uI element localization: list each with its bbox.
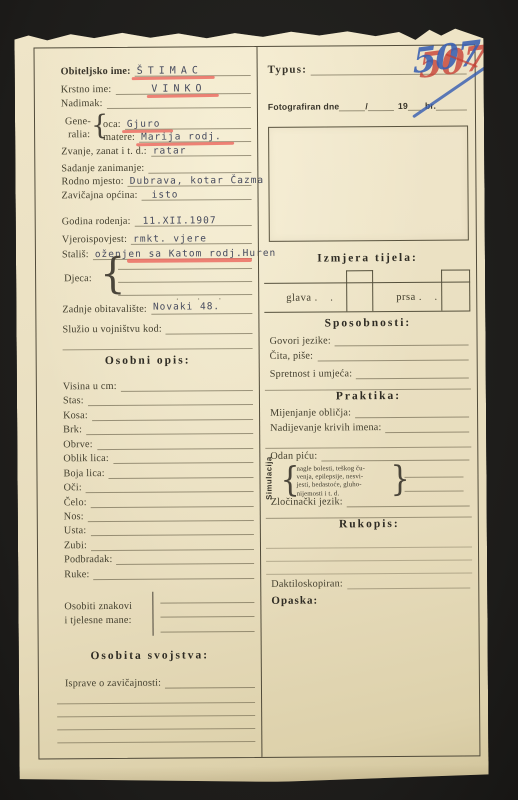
measurement-cell-chest bbox=[441, 269, 470, 310]
field-label: Podbradak: bbox=[64, 554, 116, 566]
blank-write-line bbox=[266, 559, 472, 561]
marks-label-line2: i tjelesne mane: bbox=[64, 615, 135, 627]
field-label: Ruke: bbox=[64, 569, 93, 580]
field-label: Zadnje obitavalište: bbox=[62, 303, 151, 315]
field-photographed-date: Fotografiran dne / 19 br. bbox=[268, 94, 467, 111]
field-mouth: Usta: bbox=[64, 520, 254, 536]
number-prefix: br. bbox=[421, 101, 436, 111]
blank-write-line bbox=[57, 741, 255, 743]
write-line bbox=[386, 431, 470, 433]
abilities-heading: Sposobnosti: bbox=[259, 316, 476, 330]
remark-label: Opaska: bbox=[271, 595, 318, 607]
write-line bbox=[94, 578, 255, 580]
form-frame: Obiteljsko ime: ŠTIMAC Krstno ime: VINKO… bbox=[33, 44, 480, 759]
photo-box bbox=[268, 125, 469, 241]
write-line bbox=[368, 95, 394, 111]
field-documents: Isprave o zavičajnosti: bbox=[65, 673, 255, 689]
marks-line-3 bbox=[160, 617, 254, 633]
field-label: Nadijevanje krivih imena: bbox=[270, 422, 385, 434]
field-typus: Typus: bbox=[268, 58, 467, 75]
field-eyes: Oči: bbox=[64, 477, 254, 493]
field-reads-writes: Čita, piše: bbox=[270, 344, 469, 361]
marks-label-line1: Osobiti znakovi bbox=[64, 601, 136, 613]
field-nickname: Nadimak: bbox=[61, 93, 251, 109]
marks-line-2 bbox=[160, 602, 254, 618]
write-line: Novaki 48. bbox=[151, 302, 252, 315]
scanned-form-paper: 507 507 Obiteljsko ime: ŠTIMAC Krstno im… bbox=[14, 27, 488, 783]
field-label: Čita, piše: bbox=[270, 350, 318, 362]
write-line: 11.XII.1907 bbox=[135, 214, 252, 227]
field-label: Brk: bbox=[63, 424, 86, 435]
blank-write-line bbox=[266, 546, 472, 548]
write-line bbox=[408, 95, 421, 111]
write-line bbox=[356, 377, 469, 379]
field-family-name: Obiteljsko ime: ŠTIMAC bbox=[61, 61, 251, 77]
field-label: Zvanje, zanat i t. d.: bbox=[61, 145, 151, 157]
field-label: Usta: bbox=[64, 525, 91, 536]
head-measure-label: glava . . bbox=[286, 292, 333, 303]
field-drink: Odan piću: bbox=[270, 444, 469, 461]
children-label: Djeca: bbox=[64, 273, 96, 284]
typed-last-residence: Novaki 48. bbox=[153, 301, 220, 312]
field-label: Zavičajna općina: bbox=[61, 190, 141, 202]
write-line bbox=[347, 505, 470, 507]
field-mustache: Brk: bbox=[63, 419, 253, 435]
special-traits-heading: Osobita svojstva: bbox=[39, 649, 261, 663]
right-column: Typus: Fotografiran dne / 19 br. Izmjera… bbox=[256, 45, 479, 757]
field-religion: Vjeroispovjest: rmkt. vjere bbox=[62, 229, 252, 245]
field-chin: Podbradak: bbox=[64, 549, 254, 565]
write-line bbox=[161, 631, 255, 633]
write-line bbox=[311, 73, 467, 75]
body-measurement-table: glava . . prsa . . bbox=[264, 281, 470, 312]
field-label: Daktiloskopiran: bbox=[271, 578, 347, 590]
field-label: Spretnost i umjeća: bbox=[270, 368, 357, 380]
body-measurement-heading: Izmjera tijela: bbox=[259, 251, 476, 265]
field-hands: Ruke: bbox=[64, 564, 254, 580]
field-label: Oblik lica: bbox=[63, 453, 113, 465]
field-label: Nadimak: bbox=[61, 98, 107, 110]
year-prefix: 19 bbox=[394, 101, 408, 111]
write-line bbox=[436, 109, 467, 110]
field-label: Fotografiran dne bbox=[268, 102, 340, 112]
field-label: Vjeroispovjest: bbox=[62, 234, 131, 246]
field-municipality: Zavičajna općina: isto bbox=[61, 185, 251, 201]
field-label: Zločinački jezik: bbox=[271, 496, 347, 508]
write-line bbox=[165, 687, 255, 689]
typed-religion: rmkt. vjere bbox=[133, 233, 207, 245]
typed-occupation: ratar bbox=[153, 145, 187, 156]
field-last-residence: Zadnje obitavalište: Novaki 48. bbox=[62, 299, 252, 315]
field-label: Obiteljsko ime: bbox=[61, 66, 135, 78]
photographed-document-scene: { "handwritten": { "number_blue": "507",… bbox=[0, 0, 518, 800]
field-false-names: Nadijevanje krivih imena: bbox=[270, 416, 469, 433]
write-line: rmkt. vjere bbox=[131, 232, 252, 245]
field-label: Stališ: bbox=[62, 249, 93, 260]
field-criminal-language: Zločinački jezik: bbox=[271, 490, 470, 507]
field-fingerprinted: Daktiloskopiran: bbox=[271, 572, 470, 589]
left-column: Obiteljsko ime: ŠTIMAC Krstno ime: VINKO… bbox=[35, 47, 262, 759]
field-face-shape: Oblik lica: bbox=[63, 448, 253, 464]
typed-birthdate: 11.XII.1907 bbox=[143, 215, 217, 227]
write-line bbox=[347, 587, 470, 589]
field-label: Godina rodenja: bbox=[62, 216, 135, 228]
field-label: Typus: bbox=[268, 63, 311, 75]
blank-write-line bbox=[57, 728, 255, 730]
measurement-cell-head bbox=[346, 270, 373, 311]
write-line bbox=[317, 359, 468, 361]
write-line: ŠTIMAC bbox=[135, 64, 251, 77]
field-skills: Spretnost i umjeća: bbox=[270, 362, 469, 379]
field-birthdate: Godina rodenja: 11.XII.1907 bbox=[62, 211, 252, 227]
blank-write-line bbox=[405, 477, 464, 478]
field-occupation: Zvanje, zanat i t. d.: ratar bbox=[61, 141, 251, 157]
marks-bracket-bar bbox=[152, 592, 153, 636]
field-label: Služio u vojništvu kod: bbox=[62, 323, 165, 335]
handwriting-heading: Rukopis: bbox=[261, 517, 478, 531]
field-label: Stas: bbox=[63, 395, 88, 406]
blank-write-line bbox=[57, 715, 255, 717]
field-military-service: Služio u vojništvu kod: bbox=[62, 319, 252, 335]
write-line bbox=[339, 95, 365, 111]
write-line: ratar bbox=[151, 144, 251, 157]
personal-description-heading: Osobni opis: bbox=[37, 354, 259, 368]
field-label: Oči: bbox=[64, 482, 86, 493]
typed-municipality: isto bbox=[152, 190, 179, 201]
chest-measure-label: prsa . . bbox=[396, 292, 437, 303]
typed-family-name: ŠTIMAC bbox=[137, 65, 203, 76]
blank-write-line bbox=[63, 348, 253, 350]
write-line bbox=[166, 333, 253, 335]
field-build: Stas: bbox=[63, 390, 253, 406]
write-line: isto bbox=[142, 188, 252, 201]
field-label: Isprave o zavičajnosti: bbox=[65, 677, 165, 689]
write-line bbox=[107, 107, 251, 109]
blank-write-line bbox=[57, 702, 255, 704]
